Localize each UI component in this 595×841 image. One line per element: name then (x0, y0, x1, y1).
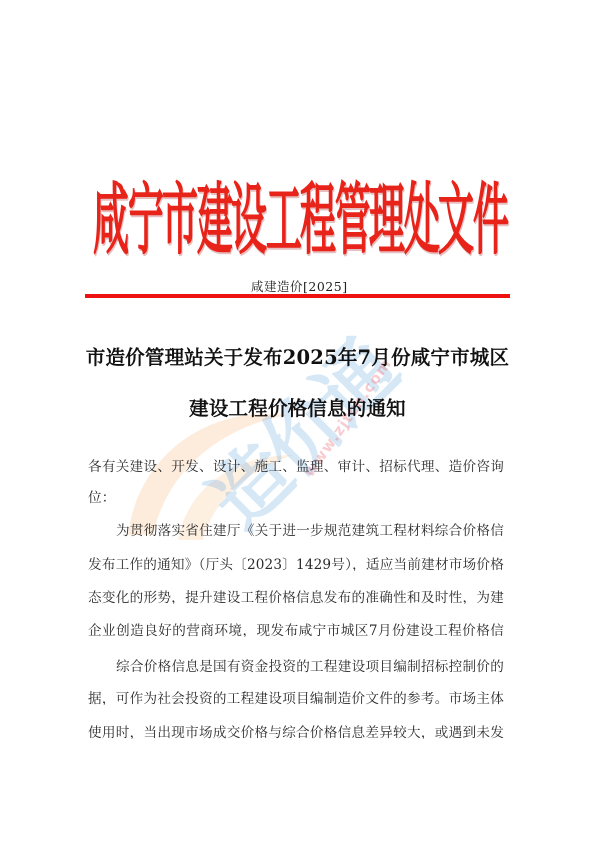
body-paragraph-2-line: 综合价格信息是国有资金投资的工程建设项目编制招标控制价的依 (116, 655, 504, 673)
body-line-salutation: 各有关建设、开发、设计、施工、监理、审计、招标代理、造价咨询单 (88, 455, 504, 473)
header-char: 文 (438, 181, 470, 259)
header-char: 宁 (127, 181, 159, 259)
header-char: 理 (369, 181, 401, 259)
header-char: 处 (404, 181, 436, 259)
body-paragraph-1-line: 态变化的形势，提升建设工程价格信息发布的准确性和及时性，为建筑 (88, 586, 504, 604)
body-paragraph-1-line: 发布工作的通知》（厅头〔2023〕1429号），适应当前建材市场价格动 (88, 553, 504, 571)
notice-title-line-1: 市造价管理站关于发布2025年7月份咸宁市城区 (0, 342, 595, 370)
header-char: 设 (231, 181, 263, 259)
document-page: 造价通 www.zjtcn.com 咸 宁 市 建 设 工 程 管 理 处 文 … (0, 0, 595, 841)
notice-title-line-2: 建设工程价格信息的通知 (0, 393, 595, 421)
body-paragraph-2-line: 据，可作为社会投资的工程建设项目编制造价文件的参考。市场主体在 (88, 687, 504, 705)
organization-header: 咸 宁 市 建 设 工 程 管 理 处 文 件 (92, 178, 506, 262)
header-char: 咸 (93, 181, 125, 259)
body-paragraph-1-line: 企业创造良好的营商环境，现发布咸宁市城区7月份建设工程价格信息。 (88, 619, 504, 637)
header-char: 建 (196, 181, 228, 259)
header-char: 件 (473, 181, 505, 259)
header-char: 工 (266, 181, 298, 259)
header-char: 市 (162, 181, 194, 259)
header-char: 程 (300, 181, 332, 259)
body-paragraph-1-line: 为贯彻落实省住建厅《关于进一步规范建筑工程材料综合价格信息 (116, 519, 504, 537)
header-char: 管 (335, 181, 367, 259)
body-line-salutation-end: 位： (88, 486, 504, 506)
document-number: 咸建造价[2025] (251, 277, 348, 295)
body-paragraph-2-line: 使用时，当出现市场成交价格与综合价格信息差异较大，或遇到未发布 (88, 721, 504, 739)
red-divider-line (85, 294, 510, 298)
